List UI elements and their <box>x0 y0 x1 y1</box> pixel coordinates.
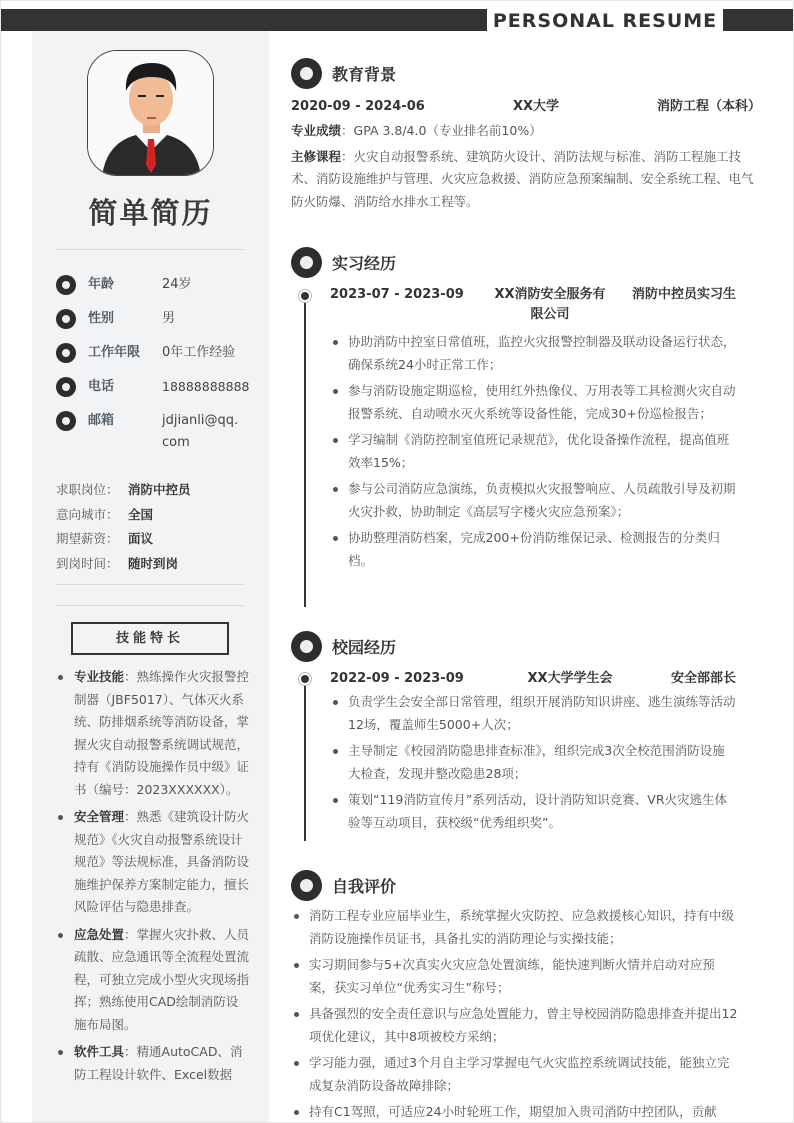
avatar <box>87 50 214 176</box>
timeline-line <box>304 295 306 607</box>
bullet-item: 学习能力强，通过3个月自主学习掌握电气火灾监控系统调试技能，能独立完成复杂消防设… <box>291 1052 739 1097</box>
info-label: 性别 <box>88 308 162 330</box>
section-education-header: 教育背景 <box>291 58 396 89</box>
circle-ring-icon <box>56 309 76 329</box>
intent-label: 到岗时间： <box>56 552 128 577</box>
section-evaluation-header: 自我评价 <box>291 870 396 901</box>
evaluation-section: 消防工程专业应届毕业生，系统掌握火灾防控、应急救援核心知识，持有中级消防设施操作… <box>291 905 739 1123</box>
gpa-value: ：GPA 3.8/4.0（专业排名前10%） <box>341 123 542 138</box>
campus-role: 安全部部长 <box>650 669 736 689</box>
intent-value: 随时到岗 <box>128 552 178 577</box>
skill-text: ：熟悉《建筑设计防火规范》《火灾自动报警系统设计规范》等法规标准，具备消防设施维… <box>74 809 249 914</box>
section-title: 自我评价 <box>332 874 396 897</box>
circle-ring-icon <box>291 247 322 278</box>
education-gpa: 专业成绩：GPA 3.8/4.0（专业排名前10%） <box>291 120 761 143</box>
campus-section: 2022-09 - 2023-09 XX大学学生会 安全部部长 负责学生会安全部… <box>330 669 736 838</box>
bullet-item: 协助整理消防档案，完成200+份消防维保记录、检测报告的分类归档。 <box>330 527 736 572</box>
personal-info-list: 年龄 24岁 性别 男 工作年限 0年工作经验 电话 18888888888 邮… <box>56 274 256 460</box>
bullet-item: 主导制定《校园消防隐患排查标准》，组织完成3次全校范围消防设施大检查，发现并整改… <box>330 740 736 785</box>
timeline-dot-icon <box>299 290 311 302</box>
skill-text: ：熟练操作火灾报警控制器（JBF5017）、气体灭火系统、防排烟系统等消防设备，… <box>74 669 249 797</box>
main-content: 教育背景 2020-09 - 2024-06 XX大学 消防工程（本科） 专业成… <box>269 31 769 1123</box>
gpa-label: 专业成绩 <box>291 123 341 138</box>
courses-value: ：火灾自动报警系统、建筑防火设计、消防法规与标准、消防工程施工技术、消防设施维护… <box>291 149 754 209</box>
bullet-item: 负责学生会安全部日常管理，组织开展消防知识讲座、逃生演练等活动12场，覆盖师生5… <box>330 691 736 736</box>
info-row-phone: 电话 18888888888 <box>56 376 256 410</box>
info-label: 年龄 <box>88 274 162 296</box>
intent-value: 消防中控员 <box>128 478 191 503</box>
info-label: 工作年限 <box>88 342 162 364</box>
education-period: 2020-09 - 2024-06 <box>291 97 461 117</box>
campus-period: 2022-09 - 2023-09 <box>330 669 490 689</box>
section-internship-header: 实习经历 <box>291 247 396 278</box>
resume-page: PERSONAL RESUME 简单简历 年龄 24岁 <box>0 0 794 1123</box>
bullet-item: 具备强烈的安全责任意识与应急处置能力，曾主导校园消防隐患排查并提出12项优化建议… <box>291 1003 739 1048</box>
section-title: 教育背景 <box>332 62 396 85</box>
section-title: 校园经历 <box>332 635 396 658</box>
evaluation-bullets: 消防工程专业应届毕业生，系统掌握火灾防控、应急救援核心知识，持有中级消防设施操作… <box>291 905 739 1123</box>
skill-item: 应急处置：掌握火灾扑救、人员疏散、应急通讯等全流程处置流程，可独立完成小型火灾现… <box>54 924 250 1037</box>
campus-org: XX大学学生会 <box>490 669 650 689</box>
circle-ring-icon <box>56 411 76 431</box>
info-row-age: 年龄 24岁 <box>56 274 256 308</box>
info-value: 18888888888 <box>162 376 244 398</box>
skills-list: 专业技能：熟练操作火灾报警控制器（JBF5017）、气体灭火系统、防排烟系统等消… <box>54 666 250 1091</box>
bullet-item: 参与公司消防应急演练，负责模拟火灾报警响应、人员疏散引导及初期火灾扑救，协助制定… <box>330 478 736 523</box>
divider <box>56 584 244 585</box>
circle-ring-icon <box>56 377 76 397</box>
section-campus-header: 校园经历 <box>291 631 396 662</box>
internship-period: 2023-07 - 2023-09 <box>330 285 490 325</box>
info-value: 0年工作经验 <box>162 342 244 364</box>
circle-ring-icon <box>291 58 322 89</box>
education-major: 消防工程（本科） <box>611 97 761 117</box>
intent-value: 面议 <box>128 527 153 552</box>
divider <box>56 249 244 250</box>
intent-row: 到岗时间： 随时到岗 <box>56 552 256 577</box>
bullet-item: 学习编制《消防控制室值班记录规范》，优化设备操作流程，提高值班效率15%； <box>330 429 736 474</box>
skill-text: ：掌握火灾扑救、人员疏散、应急通讯等全流程处置流程，可独立完成小型火灾现场指挥；… <box>74 927 249 1032</box>
skill-title: 安全管理 <box>74 809 124 824</box>
info-value: 男 <box>162 308 244 330</box>
job-intent: 求职岗位： 消防中控员 意向城市： 全国 期望薪资： 面议 到岗时间： 随时到岗 <box>56 478 256 576</box>
info-label: 电话 <box>88 376 162 398</box>
skill-title: 专业技能 <box>74 669 124 684</box>
info-row-email: 邮箱 jdjianli@qq.com <box>56 410 256 460</box>
internship-company: XX消防安全服务有限公司 <box>490 285 610 325</box>
bullet-item: 策划“119消防宣传月”系列活动，设计消防知识竞赛、VR火灾逃生体验等互动项目，… <box>330 789 736 834</box>
info-value: 24岁 <box>162 274 244 296</box>
intent-value: 全国 <box>128 503 153 528</box>
bullet-item: 协助消防中控室日常值班，监控火灾报警控制器及联动设备运行状态，确保系统24小时正… <box>330 331 736 376</box>
person-name: 简单简历 <box>32 191 269 232</box>
education-courses: 主修课程：火灾自动报警系统、建筑防火设计、消防法规与标准、消防工程施工技术、消防… <box>291 146 761 214</box>
bullet-item: 参与消防设施定期巡检，使用红外热像仪、万用表等工具检测火灾自动报警系统、自动喷水… <box>330 380 736 425</box>
sidebar: 简单简历 年龄 24岁 性别 男 工作年限 0年工作经验 电话 18888888 <box>32 31 269 1123</box>
bullet-item: 持有C1驾照，可适应24小时轮班工作，期望加入贵司消防中控团队，贡献 <box>291 1101 739 1123</box>
campus-bullets: 负责学生会安全部日常管理，组织开展消防知识讲座、逃生演练等活动12场，覆盖师生5… <box>330 691 736 834</box>
info-value: jdjianli@qq.com <box>162 410 244 454</box>
circle-ring-icon <box>291 631 322 662</box>
courses-label: 主修课程 <box>291 149 341 164</box>
education-section: 2020-09 - 2024-06 XX大学 消防工程（本科） 专业成绩：GPA… <box>291 97 761 213</box>
bullet-item: 消防工程专业应届毕业生，系统掌握火灾防控、应急救援核心知识，持有中级消防设施操作… <box>291 905 739 950</box>
internship-bullets: 协助消防中控室日常值班，监控火灾报警控制器及联动设备运行状态，确保系统24小时正… <box>330 331 736 572</box>
skill-title: 应急处置 <box>74 927 124 942</box>
section-title: 实习经历 <box>332 251 396 274</box>
education-school: XX大学 <box>461 97 611 117</box>
person-portrait-icon <box>88 51 214 176</box>
internship-role: 消防中控员实习生 <box>610 285 736 325</box>
circle-ring-icon <box>56 343 76 363</box>
circle-ring-icon <box>56 275 76 295</box>
education-row: 2020-09 - 2024-06 XX大学 消防工程（本科） <box>291 97 761 117</box>
skill-item: 安全管理：熟悉《建筑设计防火规范》《火灾自动报警系统设计规范》等法规标准，具备消… <box>54 806 250 919</box>
info-label: 邮箱 <box>88 410 162 432</box>
intent-label: 意向城市： <box>56 503 128 528</box>
skill-item: 专业技能：熟练操作火灾报警控制器（JBF5017）、气体灭火系统、防排烟系统等消… <box>54 666 250 801</box>
skills-heading: 技能特长 <box>71 622 229 655</box>
info-row-gender: 性别 男 <box>56 308 256 342</box>
skill-item: 软件工具：精通AutoCAD、消防工程设计软件、Excel数据 <box>54 1041 250 1086</box>
timeline-dot-icon <box>299 673 311 685</box>
internship-row: 2023-07 - 2023-09 XX消防安全服务有限公司 消防中控员实习生 <box>330 285 736 325</box>
circle-ring-icon <box>291 870 322 901</box>
intent-row: 求职岗位： 消防中控员 <box>56 478 256 503</box>
intent-row: 期望薪资： 面议 <box>56 527 256 552</box>
intent-label: 期望薪资： <box>56 527 128 552</box>
bullet-item: 实习期间参与5+次真实火灾应急处置演练，能快速判断火情并启动对应预案，获实习单位… <box>291 954 739 999</box>
campus-row: 2022-09 - 2023-09 XX大学学生会 安全部部长 <box>330 669 736 689</box>
internship-section: 2023-07 - 2023-09 XX消防安全服务有限公司 消防中控员实习生 … <box>330 285 736 576</box>
intent-label: 求职岗位： <box>56 478 128 503</box>
skill-title: 软件工具 <box>74 1044 124 1059</box>
divider <box>56 605 244 606</box>
timeline-line <box>304 681 306 841</box>
info-row-experience: 工作年限 0年工作经验 <box>56 342 256 376</box>
intent-row: 意向城市： 全国 <box>56 503 256 528</box>
